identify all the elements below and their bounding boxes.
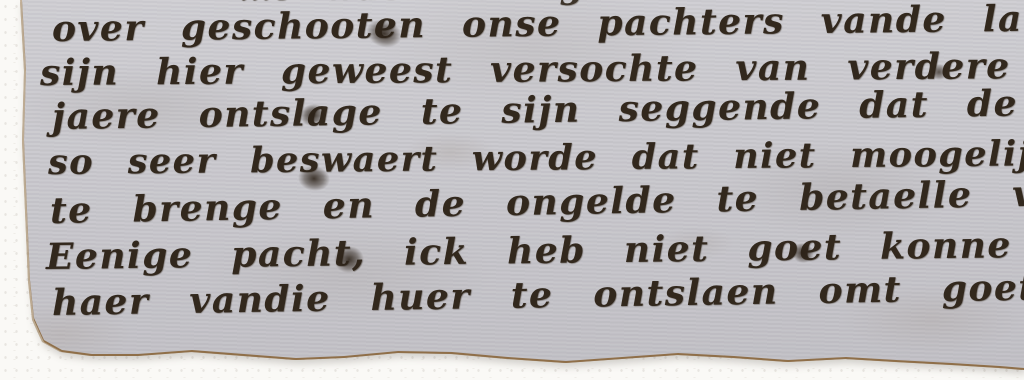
manuscript-line: over geschooten onse pachters vande lang… — [52, 0, 1024, 50]
manuscript-page: …t wael van g… over geschooten onse pach… — [0, 0, 1024, 380]
paper-sheet: …t wael van g… over geschooten onse pach… — [0, 0, 1024, 380]
ink-blot — [930, 64, 948, 80]
scan-background: …t wael van g… over geschooten onse pach… — [0, 0, 1024, 380]
